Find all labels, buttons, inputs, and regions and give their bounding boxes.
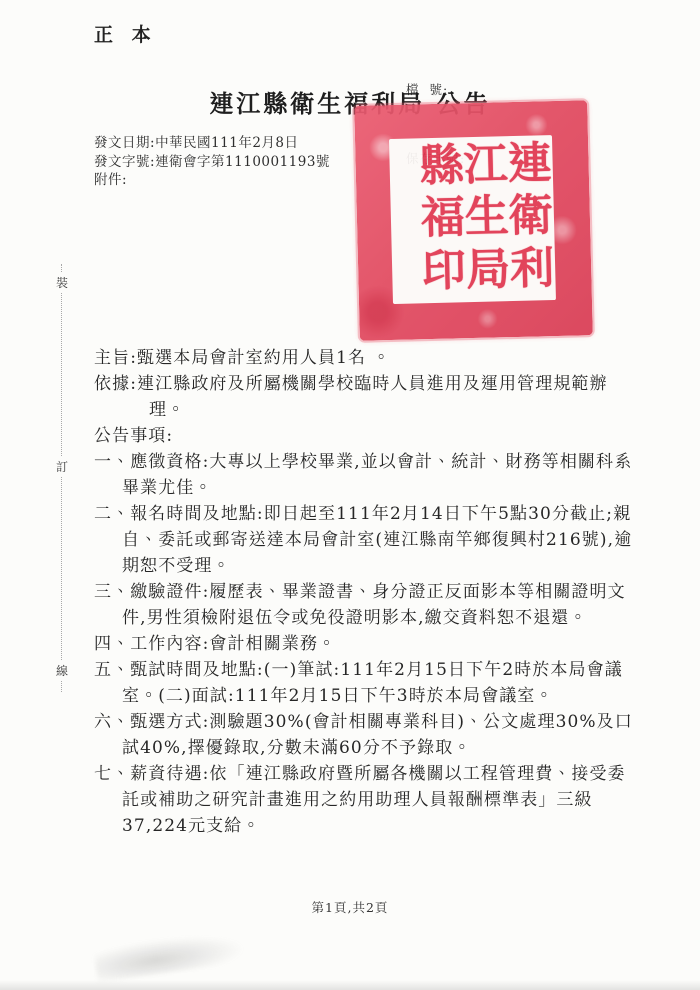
- doc-number-value: 連衛會字第1110001193號: [155, 154, 330, 170]
- seal-text-area: 連江縣 衛生福 利局印: [389, 135, 556, 304]
- scan-edge-shadow: [0, 980, 700, 990]
- basis-text: 連江縣政府及所屬機關學校臨時人員進用及運用管理規範辦理。: [137, 374, 608, 420]
- document-title: 連江縣衛生福利局 公告: [0, 84, 700, 119]
- issue-date-value: 中華民國111年2月8日: [155, 135, 298, 151]
- announcement-body: 主旨:甄選本局會計室約用人員1名 。 依據:連江縣政府及所屬機關學校臨時人員進用…: [94, 345, 638, 839]
- item-text: 報名時間及地點:即日起至111年2月14日下午5點30分截止;親自、委託或郵寄送…: [122, 504, 632, 576]
- item-text: 甄試時間及地點:(一)筆試:111年2月15日下午2時於本局會議室。(二)面試:…: [122, 660, 623, 706]
- issue-date-label: 發文日期:: [94, 135, 155, 151]
- binding-mark-ding: 訂: [54, 456, 70, 477]
- item-number: 四、: [94, 634, 130, 654]
- announcement-item-4: 四、工作內容:會計相關業務。: [94, 631, 638, 657]
- issue-date-line: 發文日期:中華民國111年2月8日: [94, 134, 330, 153]
- item-number: 一、: [94, 452, 130, 472]
- basis-label: 依據:: [94, 374, 137, 394]
- attachment-line: 附件:: [94, 171, 330, 190]
- binding-mark-zhuang: 裝: [54, 272, 70, 293]
- announcement-item-3: 三、繳驗證件:履歷表、畢業證書、身分證正反面影本等相關證明文件,男性須檢附退伍令…: [94, 579, 638, 631]
- seal-column-left: 利局印: [398, 244, 550, 300]
- announcement-item-5: 五、甄試時間及地點:(一)筆試:111年2月15日下午2時於本局會議室。(二)面…: [94, 657, 638, 709]
- binding-mark-xian: 線: [54, 660, 70, 681]
- scan-smudge-artifact: [93, 928, 246, 983]
- page-number: 第1頁,共2頁: [0, 898, 700, 916]
- item-text: 應徵資格:大專以上學校畢業,並以會計、統計、財務等相關科系畢業尤佳。: [122, 452, 632, 498]
- seal-column-right: 連江縣: [395, 139, 547, 195]
- announcement-item-6: 六、甄選方式:測驗題30%(會計相關專業科目)、公文處理30%及口試40%,擇優…: [94, 709, 638, 761]
- item-number: 六、: [94, 712, 130, 732]
- attachment-label: 附件:: [94, 172, 127, 188]
- subject-label: 主旨:: [94, 348, 137, 368]
- item-number: 二、: [94, 504, 130, 524]
- doc-number-line: 發文字號:連衛會字第1110001193號: [94, 153, 330, 172]
- item-number: 七、: [94, 764, 130, 784]
- seal-column-middle: 衛生福: [396, 192, 548, 248]
- announcement-item-1: 一、應徵資格:大專以上學校畢業,並以會計、統計、財務等相關科系畢業尤佳。: [94, 449, 638, 501]
- item-number: 五、: [94, 660, 130, 680]
- announcement-item-2: 二、報名時間及地點:即日起至111年2月14日下午5點30分截止;親自、委託或郵…: [94, 501, 638, 579]
- item-number: 三、: [94, 582, 130, 602]
- basis-line: 依據:連江縣政府及所屬機關學校臨時人員進用及運用管理規範辦理。: [94, 371, 638, 423]
- item-text: 甄選方式:測驗題30%(會計相關專業科目)、公文處理30%及口試40%,擇優錄取…: [122, 712, 633, 758]
- item-text: 繳驗證件:履歷表、畢業證書、身分證正反面影本等相關證明文件,男性須檢附退伍令或免…: [122, 582, 626, 628]
- subject-text: 甄選本局會計室約用人員1名 。: [137, 348, 391, 368]
- announcement-item-7: 七、薪資待遇:依「連江縣政府暨所屬各機關以工程管理費、接受委託或補助之研究計畫進…: [94, 761, 638, 839]
- document-meta-block: 發文日期:中華民國111年2月8日 發文字號:連衛會字第1110001193號 …: [94, 134, 330, 190]
- official-announcement-document: 正 本 檔 號: 保存年限: 連江縣衛生福利局 公告 發文日期:中華民國111年…: [0, 0, 700, 990]
- item-text: 薪資待遇:依「連江縣政府暨所屬各機關以工程管理費、接受委託或補助之研究計畫進用之…: [122, 764, 626, 836]
- doc-number-label: 發文字號:: [94, 154, 155, 170]
- official-seal-stamp: 連江縣 衛生福 利局印: [354, 100, 593, 341]
- binding-dotted-line: [61, 264, 62, 692]
- announcement-heading: 公告事項:: [94, 423, 638, 449]
- subject-line: 主旨:甄選本局會計室約用人員1名 。: [94, 345, 638, 371]
- item-text: 工作內容:會計相關業務。: [130, 634, 336, 654]
- copy-type-label: 正 本: [94, 20, 157, 47]
